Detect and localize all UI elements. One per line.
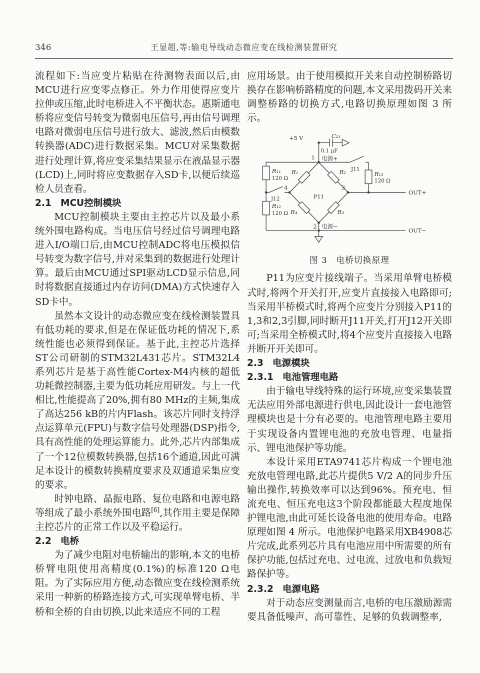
figure-caption: 图 3 电桥切换原理	[247, 253, 452, 267]
section-heading-2-3-1: 2.3.1电池管理电路	[247, 371, 452, 385]
label-capacitor: C₂₁	[331, 134, 340, 140]
section-title: 电池管理电路	[282, 372, 338, 383]
paragraph: 对于动态应变测量而言,电桥的电压激励源需要具备低噪声、高可靠性、足够的负载调整率…	[247, 597, 452, 625]
section-title: 电桥	[60, 536, 79, 547]
label-terminal-p11: P11	[313, 195, 324, 201]
resistor-r13-icon	[365, 170, 372, 184]
label-resistor-r11-value: 120 Ω	[271, 176, 288, 182]
label-resistor-r12-value: 120 Ω	[271, 211, 288, 217]
label-out-plus: OUT+	[408, 191, 426, 197]
ground-icon	[314, 237, 322, 243]
label-arm-r1: R₁	[290, 170, 298, 176]
section-number: 2.3.2	[247, 584, 273, 595]
bridge-circuit-diagram: +5 V C₂₁ 0.1 μF 1 电源+ J11 R₁₃ 120 Ω R₁₁ …	[252, 131, 448, 252]
net-arrow-icon	[342, 140, 349, 147]
switch-j11-blade-icon	[350, 157, 364, 163]
label-resistor-r13-value: 120 Ω	[374, 179, 391, 185]
paragraph: 虽然本文设计的动态微应变在线检测装置具有低功耗的要求,但是在保证低功耗的情况下,…	[35, 310, 240, 493]
bridge-arm-r4-icon	[298, 202, 310, 214]
section-heading-2-1: 2.1MCU控制模块	[35, 197, 240, 211]
section-number: 2.3.1	[247, 372, 273, 383]
two-column-body: 流程如下:当应变片粘贴在待测物表面以后,由MCU进行应变零点修正。外力作用使得应…	[35, 70, 453, 625]
section-title: 电源电路	[282, 584, 319, 595]
running-title: 王显超,等:输电导线动态微应变在线检测装置研究	[87, 42, 401, 53]
paragraph: MCU控制模块主要由主控芯片以及最小系统外围电路构成。当电压信号经过信号调理电路…	[35, 211, 240, 310]
paragraph: P11为应变片接线端子。当采用单臂电桥模式时,将两个开关打开,应变片直接接入电路…	[247, 272, 452, 357]
paragraph: 为了减少电阻对电桥输出的影响,本文的电桥桥臂电阻使用高精度(0.1%)的标准12…	[35, 549, 240, 619]
bridge-arm-r2-icon	[327, 172, 339, 184]
section-number: 2.1	[35, 198, 51, 209]
label-node-4: 4	[283, 186, 287, 192]
paragraph: 时钟电路、晶振电路、复位电路和电源电路等组成了最小系统外围电路[6],其作用主要…	[35, 493, 240, 535]
label-switch-j12: J12	[269, 197, 279, 203]
paper-page: 346 王显超,等:输电导线动态微应变在线检测装置研究 流程如下:当应变片粘贴在…	[0, 0, 480, 625]
section-number: 2.3	[247, 358, 263, 369]
resistor-r11-icon	[262, 167, 269, 181]
label-resistor-r12: R₁₂	[270, 204, 281, 210]
citation-ref: [6]	[151, 507, 160, 514]
label-supply-voltage: +5 V	[288, 136, 303, 142]
label-arm-r2: R₂	[338, 170, 346, 176]
right-column: 应用场景。由于使用模拟开关来自动控制桥路切换存在影响桥路精度的问题,本文采用拨码…	[247, 70, 452, 625]
label-power-minus: 电源−	[321, 223, 337, 231]
label-node-1: 1	[311, 156, 315, 162]
label-arm-r3: R₃	[336, 210, 344, 216]
page-header: 346 王显超,等:输电导线动态微应变在线检测装置研究	[35, 42, 453, 59]
left-column: 流程如下:当应变片粘贴在待测物表面以后,由MCU进行应变零点修正。外力作用使得应…	[35, 70, 240, 625]
label-capacitor-value: 0.1 μF	[320, 149, 337, 155]
page-number: 346	[35, 43, 87, 53]
switch-j12-blade-icon	[269, 187, 283, 193]
label-switch-j11: J11	[349, 167, 359, 173]
label-resistor-r13: R₁₃	[373, 172, 384, 178]
paragraph: 由于输电导线特殊的运行环境,应变采集装置无法应用外部电源进行供电,因此设计一套电…	[247, 385, 452, 455]
label-out-minus: OUT−	[408, 229, 426, 235]
label-node-3: 3	[341, 186, 345, 192]
section-heading-2-3: 2.3电源模块	[247, 357, 452, 371]
resistor-r12-icon	[262, 202, 269, 216]
section-title: MCU控制模块	[60, 198, 121, 209]
paragraph: 应用场景。由于使用模拟开关来自动控制桥路切换存在影响桥路精度的问题,本文采用拨码…	[247, 70, 452, 126]
section-title: 电源模块	[272, 358, 309, 369]
section-heading-2-3-2: 2.3.2电源电路	[247, 583, 452, 597]
paragraph: 本设计采用ETA9741芯片构成一个锂电池充放电管理电路,此芯片提供5 V/2 …	[247, 456, 452, 583]
section-number: 2.2	[35, 536, 51, 547]
label-power-plus: 电源+	[321, 155, 337, 163]
label-resistor-r11: R₁₁	[270, 169, 280, 175]
paragraph: 流程如下:当应变片粘贴在待测物表面以后,由MCU进行应变零点修正。外力作用使得应…	[35, 70, 240, 197]
section-heading-2-2: 2.2电桥	[35, 535, 240, 549]
label-node-2: 2	[313, 225, 317, 231]
figure-3-bridge-switching: +5 V C₂₁ 0.1 μF 1 电源+ J11 R₁₃ 120 Ω R₁₁ …	[247, 131, 452, 267]
label-arm-r4: R₄	[289, 210, 297, 216]
bridge-arm-r1-icon	[298, 172, 310, 184]
